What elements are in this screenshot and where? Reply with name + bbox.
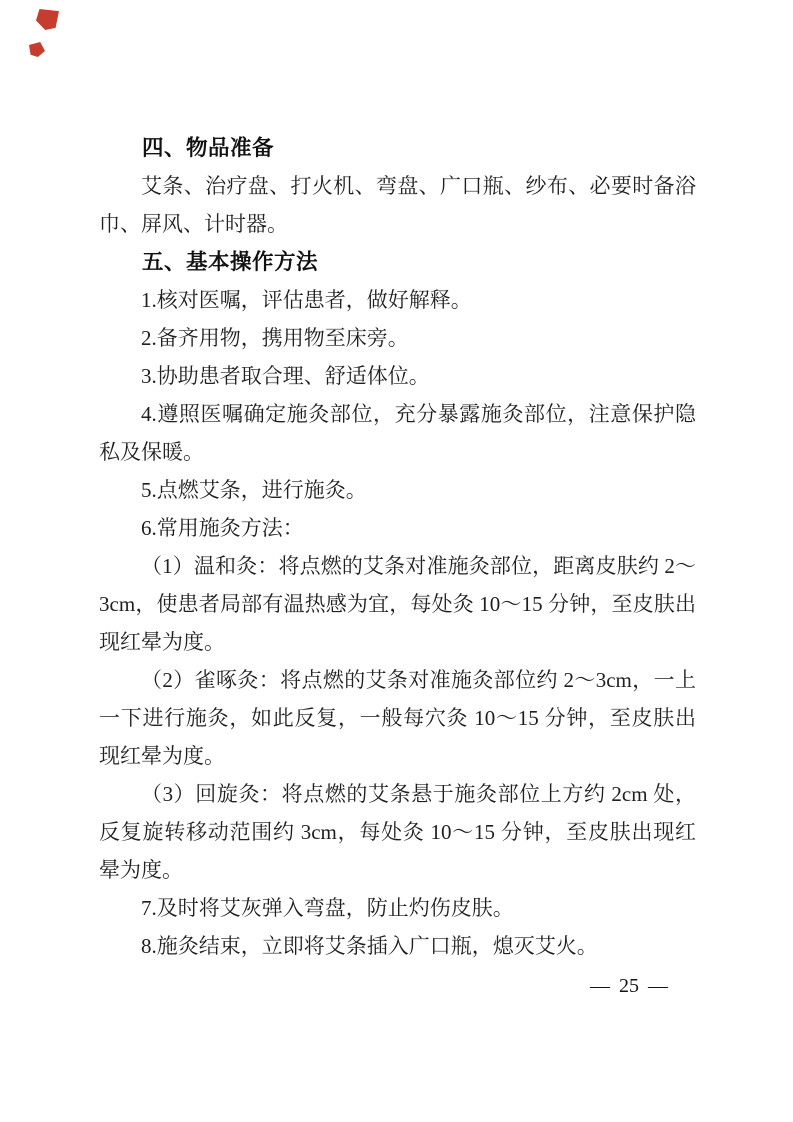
page-footer: —25—: [581, 975, 677, 998]
step-8: 8.施灸结束，立即将艾条插入广口瓶，熄灭艾火。: [99, 927, 696, 965]
method-1-wenhe-moxibustion: （1）温和灸：将点燃的艾条对准施灸部位，距离皮肤约 2～3cm，使患者局部有温热…: [99, 547, 696, 661]
red-stamp-fragment-icon: [29, 42, 45, 57]
method-3-huixuan-moxibustion: （3）回旋灸：将点燃的艾条悬于施灸部位上方约 2cm 处，反复旋转移动范围约 3…: [99, 775, 696, 889]
paragraph-supplies-list: 艾条、治疗盘、打火机、弯盘、广口瓶、纱布、必要时备浴巾、屏风、计时器。: [99, 167, 696, 243]
document-body: 四、物品准备 艾条、治疗盘、打火机、弯盘、广口瓶、纱布、必要时备浴巾、屏风、计时…: [99, 129, 696, 965]
page-number-dash-right: —: [648, 975, 668, 997]
red-stamp-fragment-icon: [36, 9, 59, 30]
page-number-dash-left: —: [590, 975, 610, 997]
step-3: 3.协助患者取合理、舒适体位。: [99, 357, 696, 395]
document-page: 四、物品准备 艾条、治疗盘、打火机、弯盘、广口瓶、纱布、必要时备浴巾、屏风、计时…: [0, 0, 793, 1122]
section-heading-supplies: 四、物品准备: [99, 129, 696, 167]
step-7: 7.及时将艾灰弹入弯盘，防止灼伤皮肤。: [99, 889, 696, 927]
page-number: 25: [619, 975, 639, 997]
section-heading-methods: 五、基本操作方法: [99, 243, 696, 281]
step-1: 1.核对医嘱，评估患者，做好解释。: [99, 281, 696, 319]
step-4: 4.遵照医嘱确定施灸部位，充分暴露施灸部位，注意保护隐私及保暖。: [99, 395, 696, 471]
step-5: 5.点燃艾条，进行施灸。: [99, 471, 696, 509]
step-2: 2.备齐用物，携用物至床旁。: [99, 319, 696, 357]
step-6-intro: 6.常用施灸方法：: [99, 509, 696, 547]
method-2-quezhuo-moxibustion: （2）雀啄灸：将点燃的艾条对准施灸部位约 2～3cm，一上一下进行施灸，如此反复…: [99, 661, 696, 775]
